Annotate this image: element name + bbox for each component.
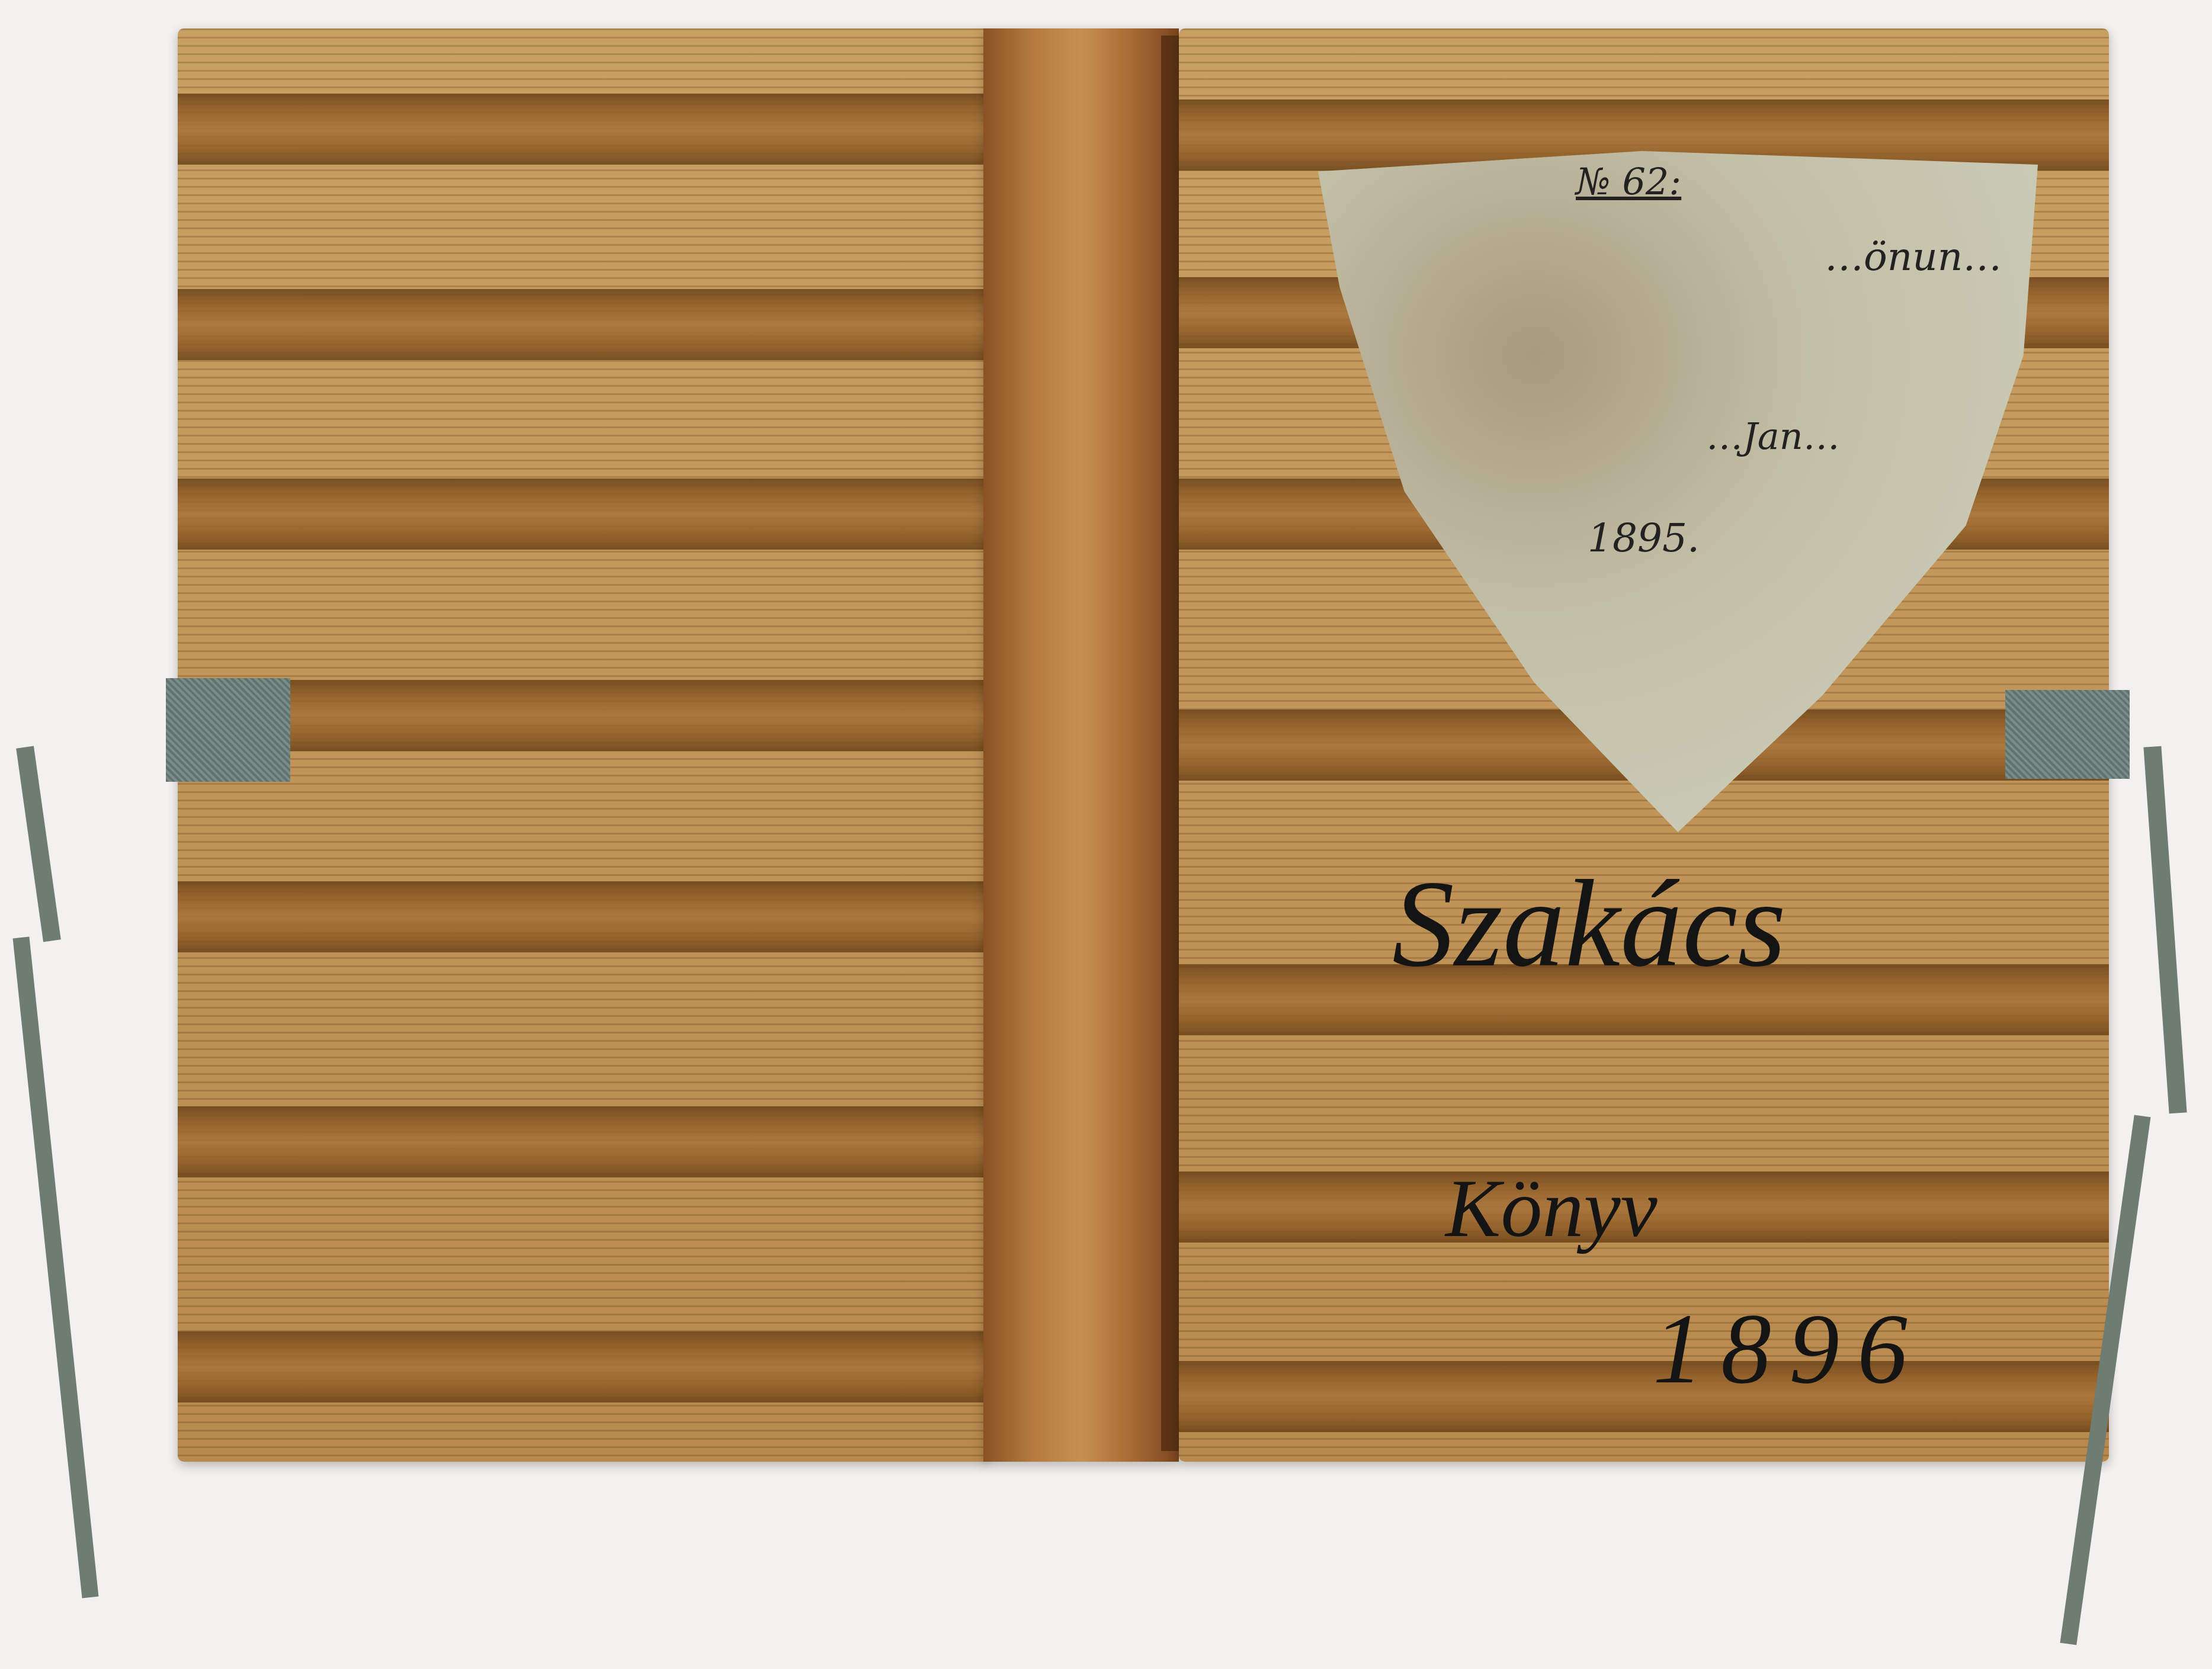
- label-number: № 62:: [1576, 160, 1681, 203]
- cover-year: 1896: [1653, 1291, 1925, 1407]
- label-line2: …önun…: [1825, 234, 2002, 280]
- stripe: [178, 680, 989, 751]
- stripe: [178, 881, 989, 952]
- back-cover: [178, 28, 989, 1462]
- stripe: [178, 289, 989, 360]
- right-tie: [2143, 746, 2187, 1114]
- left-tie: [16, 746, 61, 942]
- book-spine: [983, 28, 1179, 1462]
- left-tie-lower: [13, 937, 99, 1599]
- label-year: 1895.: [1588, 515, 1700, 561]
- cover-subtitle: Könyv: [1445, 1161, 1658, 1256]
- cover-title: Szakács: [1392, 853, 1786, 996]
- stripe: [178, 1331, 989, 1402]
- stripe: [1179, 1361, 2109, 1432]
- left-tie-tab: [166, 678, 290, 782]
- label-line3: …Jan…: [1706, 415, 1840, 458]
- right-tie-tab: [2005, 690, 2130, 779]
- spine-gap: [1161, 36, 1179, 1451]
- stripe: [178, 1106, 989, 1177]
- back-cover-stripes: [178, 28, 989, 1462]
- stripe: [178, 479, 989, 550]
- stripe: [178, 94, 989, 165]
